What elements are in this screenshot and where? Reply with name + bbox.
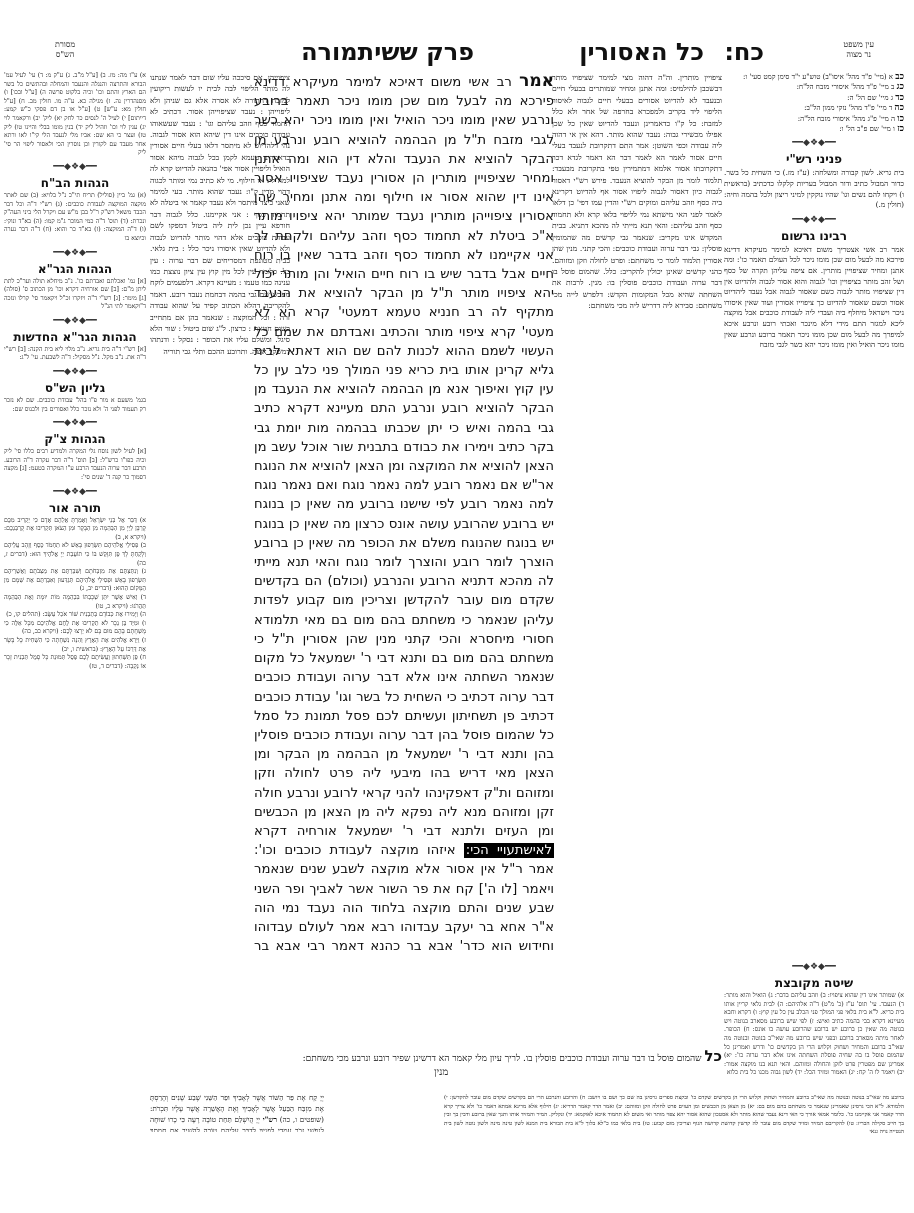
gemara-text: רב אשי משום דאיכא למימר מעיקרא דדינא פיר… — [254, 75, 554, 839]
verse-ref: (ויקרא א, ב) — [115, 534, 146, 541]
verse-ref: (תהלים קו, כ) — [6, 611, 40, 618]
perek-number: פרק ששי — [374, 38, 474, 66]
rashi-bottom: כל שהמום פוסל בו דבר ערוה ועבודת כוכבים … — [154, 1050, 722, 1090]
verse-ref: (ויקרא כב, כה) — [22, 628, 59, 635]
ornament-divider-icon: ━━◆❖◆━━ — [4, 367, 146, 377]
torah-or-verse: ג) וְנִתַּצְתֶּם אֶת מִזְבְּחֹתָם וְשִׁב… — [4, 568, 146, 594]
entry-text: א (מיי' פ"ד מהל' איסו"ב) טוש"ע י"ד סימן … — [743, 73, 893, 81]
ein-mishpat-entry: כג ב מיי' פ"ד מהל' איסורי מזבח הל"ח: — [724, 82, 904, 92]
ein-mishpat-entry: כד ג מיי' שם הל' ה: — [724, 93, 904, 103]
tractate-name: תמורה — [301, 38, 374, 66]
hagahot-habach-title: הגהות הב"ח — [4, 176, 146, 190]
verse-ref: (בראשית ו, יב) — [62, 646, 98, 653]
entry-text: ב מיי' פ"ד מהל' איסורי מזבח הל"ח: — [797, 83, 895, 91]
entry-text: ה מיי' פ"ג מהל' איסורי מזבח הל"ה: — [798, 115, 895, 123]
page-header: עין משפט נר מצוה כח: כל האסורין פרק ששי … — [0, 38, 914, 66]
gemara-column: אמר רב אשי משום דאיכא למימר מעיקרא דדינא… — [254, 72, 554, 952]
entry-text: ו מיי' שם פ"ב הל' ו: — [839, 125, 895, 133]
rashi-column: ציפויין מותרין. וה"ה דהוה מצי למימר שציפ… — [552, 72, 722, 1052]
ein-mishpat-label-line2: נר מצוה — [843, 50, 874, 60]
entry-mark: כה — [894, 103, 904, 113]
daf-number: כח: — [724, 38, 764, 66]
ornament-divider-icon: ━━◆❖◆━━ — [4, 418, 146, 428]
verse-ref: (דברים יב, ג) — [80, 585, 112, 592]
torah-or-verse: ז) וַיַּרְא אֱלֹהִים אֶת הָאָרֶץ וְהִנֵּ… — [4, 637, 146, 654]
ornament-divider-icon: ━━◆❖◆━━ — [4, 316, 146, 326]
entry-mark: כד — [895, 93, 904, 103]
mesoret-label: מסורת הש"ס — [55, 40, 75, 60]
torah-or-verse: ו) וּמִיַּד בֶּן נֵכָר לֹא תַקְרִיבוּ אֶ… — [4, 620, 146, 637]
verse-ref: (דברים ד, טז) — [89, 663, 123, 670]
gilyon-hashas-title: גליון הש"ס — [4, 381, 146, 395]
hagahot-tzk-title: הגהות צ"ק — [4, 432, 146, 446]
gemara-text-continued: איזהו מוקצה לעבודת כוכבים וכו': אמר ר"ל … — [254, 843, 554, 952]
perek-name: כל האסורין — [579, 38, 704, 66]
talmud-page: עין משפט נר מצוה כח: כל האסורין פרק ששי … — [0, 0, 914, 1213]
ornament-divider-icon: ━━◆❖◆━━ — [4, 248, 146, 258]
tosafot-column: ציפוייהן. אם סיככה עליו שום דבר לאמר שנת… — [150, 72, 290, 1082]
ein-mishpat-entry: כו ה מיי' פ"ג מהל' איסורי מזבח הל"ה: — [724, 114, 904, 124]
gemara-start-word: אמר — [519, 72, 554, 91]
rabbeinu-gershom-title: רבינו גרשום — [724, 229, 904, 243]
outer-right-column: כב א (מיי' פ"ד מהל' איסו"ב) טוש"ע י"ד סי… — [724, 72, 904, 1082]
verse-text: ג) וְנִתַּצְתֶּם אֶת מִזְבְּחֹתָם וְשִׁב… — [4, 568, 146, 592]
entry-mark: כז — [897, 124, 904, 134]
ornament-divider-icon: ━━◆❖◆━━ — [724, 138, 904, 148]
verse-text: ח) פֶּן תַּשְׁחִתוּן וַעֲשִׂיתֶם לָכֶם פ… — [4, 654, 146, 670]
ornament-divider-icon: ━━◆❖◆━━ — [724, 962, 904, 972]
entry-mark: כג — [897, 82, 904, 92]
ornament-divider-icon: ━━◆❖◆━━ — [724, 215, 904, 225]
ornament-divider-icon: ━━◆❖◆━━ — [4, 162, 146, 172]
entry-mark: כב — [895, 72, 904, 82]
shitah-mekubetzet-title: שיטה מקובצת — [724, 976, 904, 990]
ein-mishpat-label: עין משפט נר מצוה — [843, 40, 874, 60]
verse-ref: (ויקרא כ, טו) — [96, 603, 128, 610]
torah-or-verse: ד) וְאִישׁ אֲשֶׁר יִתֵּן שְׁכָבְתּוֹ בִּ… — [4, 594, 146, 611]
entry-text: ג מיי' שם הל' ה: — [847, 94, 893, 102]
mesoret-label-line2: הש"ס — [55, 50, 75, 60]
pninei-rashi-title: פניני רש"י — [724, 152, 904, 166]
ornament-divider-icon: ━━◆❖◆━━ — [4, 487, 146, 497]
hagahot-hagra-title: הגהות הגר"א — [4, 262, 146, 276]
hagahot-hagra-text: [א] גמ' ואכלתם ואבדתם כו'. נ"ב מיחלא תול… — [4, 278, 146, 312]
hagahot-tzk-text: [א] לעיל לשון נוסח גלי המקרה ולמדיע רבים… — [4, 448, 146, 482]
shitah-bottom-text: ברובע מה שאי"ב בנוטה ובנוטה מה שאי"ב ברו… — [444, 1094, 904, 1137]
torah-or-verse: ח) פֶּן תַּשְׁחִתוּן וַעֲשִׂיתֶם לָכֶם פ… — [4, 654, 146, 671]
rashi-start-word: כל — [704, 1050, 722, 1065]
verse-text: ה) וַיָּמִירוּ אֶת כְּבוֹדָם בְּתַבְנִית… — [42, 611, 146, 618]
ein-mishpat-entry: כה ד מיי' פ"ד מהל' נזקי ממון הל"ב: — [724, 103, 904, 113]
torah-or-verse: ב) פְּסִילֵי אֱלֹהֵיהֶם תִּשְׂרְפוּן בָּ… — [4, 542, 146, 568]
torah-or-verse: ה) וַיָּמִירוּ אֶת כְּבוֹדָם בְּתַבְנִית… — [4, 611, 146, 620]
hagahot-hagra-hachadashot-title: הגהות הגר"א החדשות — [4, 330, 146, 344]
mesoret-hashas-text: א) ע"ז מה: מז. ב) [ע"ל מ"ב. ג) ע"ק מ: ד)… — [4, 72, 146, 158]
hagahot-habach-text: (א) גמ' ביין (סוליל) תריח תי"כ נ"ל בלויא… — [4, 192, 146, 244]
pninei-rashi-text: בית גריא. לשון קבורה ומשלחה: (ע"ז מז.) כ… — [724, 168, 904, 210]
hagahot-hagra-hachadashot-text: [א] רש"י ד"ה בית גריא. נ"ב מלוי ליא בית … — [4, 346, 146, 363]
verse-text: א) דַּבֵּר אֶל בְּנֵי יִשְׂרָאֵל וְאָמַר… — [4, 517, 146, 533]
ein-mishpat-section: כב א (מיי' פ"ד מהל' איסו"ב) טוש"ע י"ד סי… — [724, 72, 904, 134]
selected-text-highlight[interactable]: לאישתעויי הכי: — [464, 843, 554, 858]
gilyon-hashas-text: בגמ' משעם א מור פ"ו בהל' עבודת כוכבים. ש… — [4, 397, 146, 414]
rabbeinu-gershom-text: אמר רב אשי אצטריך משום דאיכא למימר מעיקר… — [724, 245, 904, 865]
shitah-bottom: ברובע מה שאי"ב בנוטה ובנוטה מה שאי"ב ברו… — [4, 1094, 904, 1162]
rashi-bottom-text: שהמום פוסל בו דבר ערוה ועבודת כוכבים פוס… — [303, 1054, 702, 1064]
mesoret-label-line1: מסורת — [55, 40, 75, 50]
shitah-mekubetzet-text: א) שמותר אינו דין שהוא ציפויו: ב) וזהב ע… — [724, 992, 904, 1078]
ein-mishpat-entry: כב א (מיי' פ"ד מהל' איסו"ב) טוש"ע י"ד סי… — [724, 72, 904, 82]
shitah-mekubetzet-section: ━━◆❖◆━━ שיטה מקובצת א) שמותר אינו דין שה… — [724, 958, 904, 1088]
catchword: מנין — [154, 1066, 722, 1079]
torah-or-title: תורה אור — [4, 501, 146, 515]
entry-mark: כו — [897, 114, 904, 124]
torah-or-verse: א) דַּבֵּר אֶל בְּנֵי יִשְׂרָאֵל וְאָמַר… — [4, 517, 146, 543]
ein-mishpat-label-line1: עין משפט — [843, 40, 874, 50]
outer-left-column: א) ע"ז מה: מז. ב) [ע"ל מ"ב. ג) ע"ק מ: ד)… — [4, 72, 146, 1202]
ein-mishpat-entry: כז ו מיי' שם פ"ב הל' ו: — [724, 124, 904, 134]
entry-text: ד מיי' פ"ד מהל' נזקי ממון הל"ב: — [804, 104, 892, 112]
